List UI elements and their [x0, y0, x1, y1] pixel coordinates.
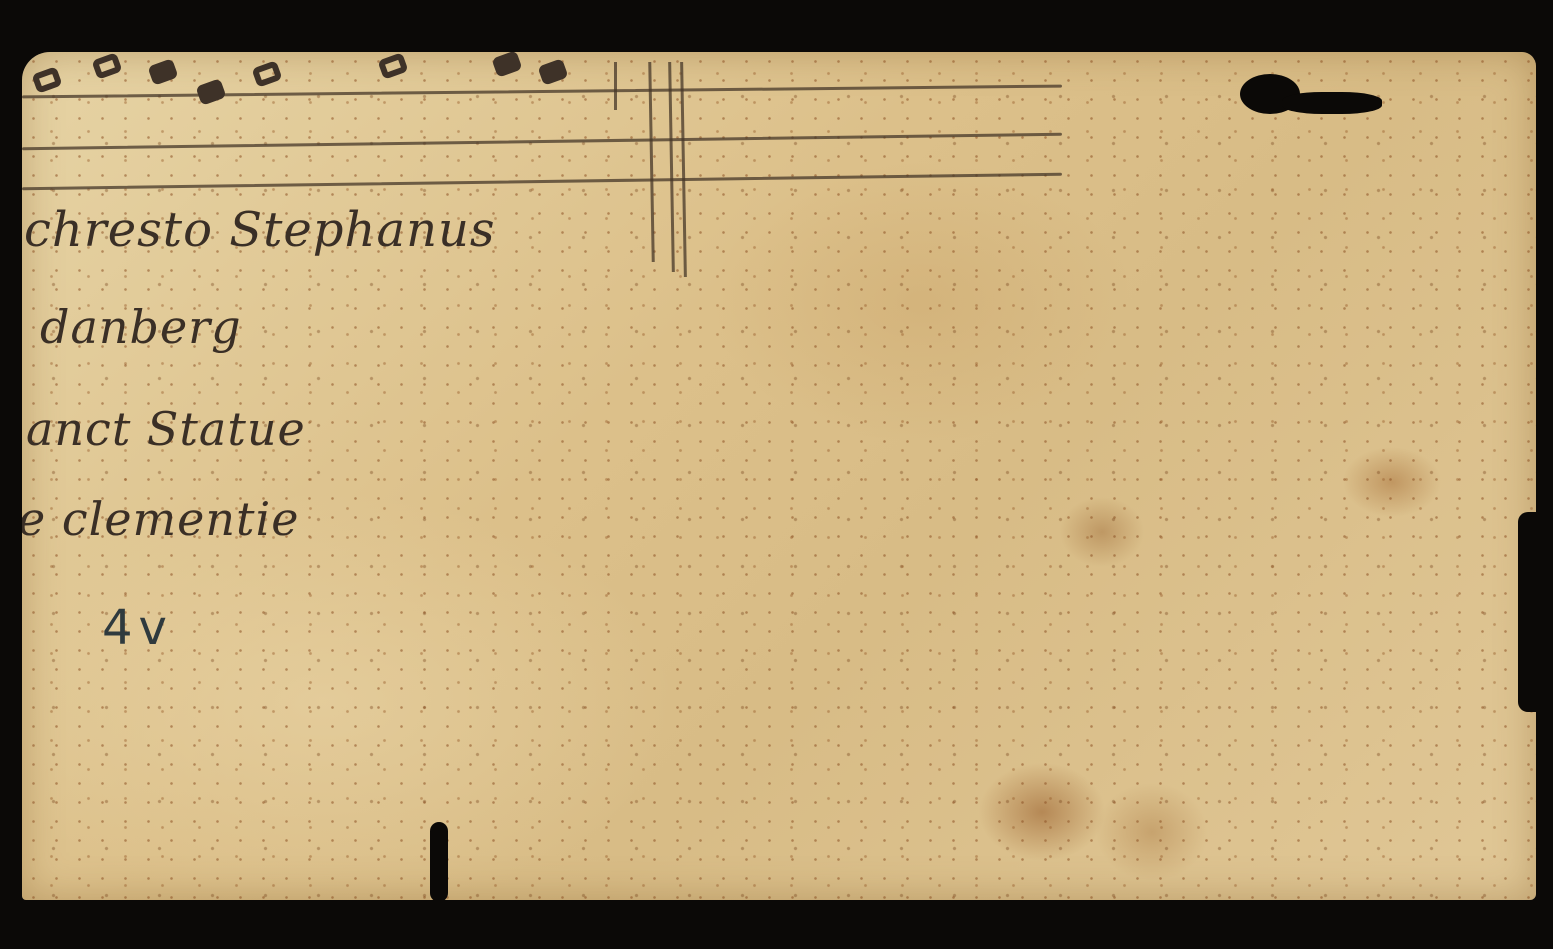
manuscript-line-4: e clementie: [22, 492, 299, 546]
manuscript-line-1: chresto Stephanus: [24, 202, 496, 258]
shelfmark-pencil: 4v: [102, 600, 173, 656]
edge-tear: [430, 822, 448, 900]
worm-hole: [1282, 92, 1382, 114]
parchment-fragment: chresto Stephanus danberg anct Statue e …: [22, 52, 1536, 900]
edge-tear: [1518, 512, 1536, 712]
manuscript-line-3: anct Statue: [26, 402, 306, 456]
manuscript-line-2: danberg: [40, 300, 242, 354]
bar-line: [614, 62, 617, 110]
